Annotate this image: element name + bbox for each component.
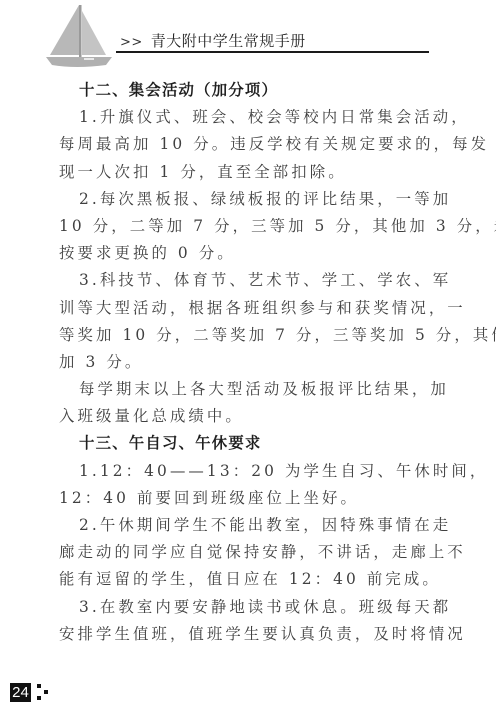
paragraph-line: 10 分，二等加 7 分，三等加 5 分，其他加 3 分，未: [59, 213, 435, 240]
paragraph-line: 按要求更换的 0 分。: [59, 240, 435, 267]
page-number: 24: [10, 683, 31, 702]
chevron-double-right-icon: >>: [120, 35, 143, 50]
paragraph-line: 等奖加 10 分，二等奖加 7 分，三等奖加 5 分，其他: [59, 322, 435, 349]
header-rule: [116, 51, 429, 53]
section-heading: 十三、午自习、午休要求: [59, 430, 435, 457]
paragraph-line: 2.每次黑板报、绿绒板报的评比结果，一等加: [59, 186, 435, 213]
paragraph-line: 2.午休期间学生不能出教室，因特殊事情在走: [59, 512, 435, 539]
paragraph-line: 能有逗留的学生，值日应在 12：40 前完成。: [59, 566, 435, 593]
section-heading: 十二、集会活动（加分项）: [59, 77, 435, 104]
sailboat-icon: [46, 3, 112, 67]
paragraph-line: 加 3 分。: [59, 349, 435, 376]
paragraph-line: 1.12：40——13：20 为学生自习、午休时间，: [59, 458, 435, 485]
paragraph-line: 每周最高加 10 分。违反学校有关规定要求的，每发: [59, 131, 435, 158]
paragraph-line: 3.在教室内要安静地读书或休息。班级每天都: [59, 594, 435, 621]
paragraph-line: 每学期末以上各大型活动及板报评比结果，加: [59, 376, 435, 403]
paragraph-line: 安排学生值班，值班学生要认真负责，及时将情况: [59, 621, 435, 648]
paragraph-line: 入班级量化总成绩中。: [59, 403, 435, 430]
paragraph-line: 1.升旗仪式、班会、校会等校内日常集会活动，: [59, 104, 435, 131]
paragraph-line: 廊走动的同学应自觉保持安静，不讲话，走廊上不: [59, 539, 435, 566]
paragraph-line: 12：40 前要回到班级座位上坐好。: [59, 485, 435, 512]
running-header: >>青大附中学生常规手册: [120, 30, 306, 51]
page-body: 十二、集会活动（加分项）1.升旗仪式、班会、校会等校内日常集会活动，每周最高加 …: [59, 77, 435, 648]
paragraph-line: 3.科技节、体育节、艺术节、学工、学农、军: [59, 267, 435, 294]
paragraph-line: 训等大型活动，根据各班组织参与和获奖情况，一: [59, 295, 435, 322]
book-title: 青大附中学生常规手册: [151, 32, 306, 50]
paragraph-line: 现一人次扣 1 分，直至全部扣除。: [59, 159, 435, 186]
